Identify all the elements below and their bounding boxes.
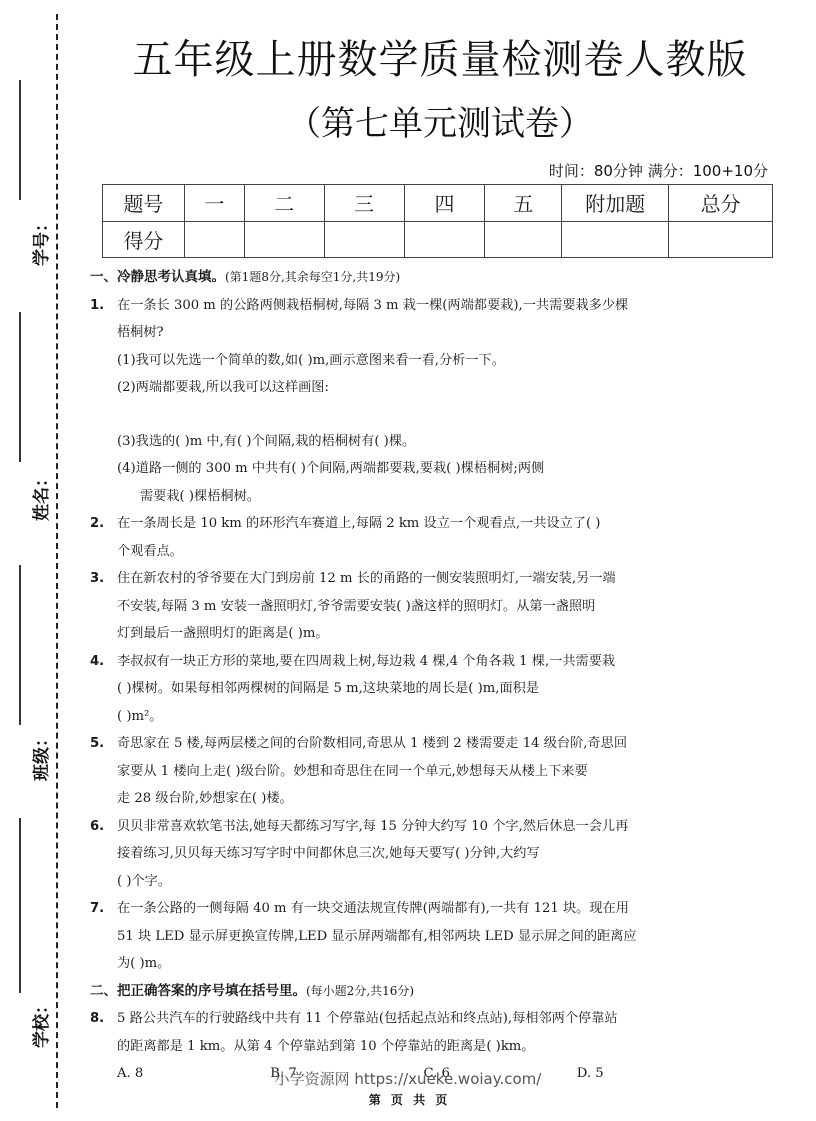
student-id-line[interactable]: [19, 80, 21, 200]
page-subtitle: （第七单元测试卷）: [100, 96, 780, 145]
header-cell: 题号: [103, 185, 185, 222]
question-number: 6.: [90, 813, 104, 841]
sub-question-2: (2)两端都要栽,所以我可以这样画图:: [90, 374, 730, 402]
question-line: ( )m²。: [117, 703, 730, 731]
sub-question-1: (1)我可以先选一个简单的数,如( )m,画示意图来看一看,分析一下。: [90, 347, 730, 375]
question-6: 6. 贝贝非常喜欢软笔书法,她每天都练习写字,每 15 分钟大约写 10 个字,…: [90, 813, 730, 896]
question-1: 1. 在一条长 300 m 的公路两侧栽梧桐树,每隔 3 m 栽一棵(两端都要栽…: [90, 292, 730, 347]
question-line: 家要从 1 楼向上走( )级台阶。妙想和奇思住在同一个单元,妙想每天从楼上下来要: [117, 758, 730, 786]
class-label: 班级：: [27, 730, 52, 781]
question-line: 5 路公共汽车的行驶路线中共有 11 个停靠站(包括起点站和终点站),每相邻两个…: [117, 1005, 730, 1033]
question-line: 接着练习,贝贝每天练习写字时中间都休息三次,她每天要写( )分钟,大约写: [117, 840, 730, 868]
header-cell: 五: [485, 185, 562, 222]
question-line: 奇思家在 5 楼,每两层楼之间的台阶数相同,奇思从 1 楼到 2 楼需要走 14…: [117, 730, 730, 758]
question-number: 4.: [90, 648, 104, 676]
question-number: 1.: [90, 292, 104, 320]
name-label: 姓名：: [27, 470, 52, 521]
question-line: 住在新农村的爷爷要在大门到房前 12 m 长的甬路的一侧安装照明灯,一端安装,另…: [117, 565, 730, 593]
question-7: 7. 在一条公路的一侧每隔 40 m 有一块交通法规宣传牌(两端都有),一共有 …: [90, 895, 730, 978]
question-line: ( )棵树。如果每相邻两棵树的间隔是 5 m,这块菜地的周长是( )m,面积是: [117, 675, 730, 703]
score-table-score-row: 得分: [103, 221, 773, 258]
score-cell[interactable]: [562, 221, 669, 258]
score-cell[interactable]: [324, 221, 404, 258]
page-title: 五年级上册数学质量检测卷人教版: [100, 28, 780, 85]
school-label: 学校：: [27, 997, 52, 1048]
footer-source-link[interactable]: 小学资源网 https://xueke.woiay.com/: [0, 1068, 816, 1089]
question-line: 个观看点。: [117, 538, 730, 566]
section-2-note: (每小题2分,共16分): [306, 984, 414, 998]
score-table: 题号 一 二 三 四 五 附加题 总分 得分: [102, 184, 773, 258]
question-number: 2.: [90, 510, 104, 538]
score-table-header-row: 题号 一 二 三 四 五 附加题 总分: [103, 185, 773, 222]
question-line: ( )个字。: [117, 868, 730, 896]
question-line: 在一条公路的一侧每隔 40 m 有一块交通法规宣传牌(两端都有),一共有 121…: [117, 895, 730, 923]
sub-question-4-cont: 需要栽( )棵梧桐树。: [90, 483, 730, 511]
header-cell: 三: [324, 185, 404, 222]
sub-question-4: (4)道路一侧的 300 m 中共有( )个间隔,两端都要栽,要栽( )棵梧桐树…: [90, 455, 730, 483]
question-3: 3. 住在新农村的爷爷要在大门到房前 12 m 长的甬路的一侧安装照明灯,一端安…: [90, 565, 730, 648]
question-line: 在一条周长是 10 km 的环形汽车赛道上,每隔 2 km 设立一个观看点,一共…: [117, 510, 730, 538]
question-line: 为( )m。: [117, 950, 730, 978]
exam-meta: 时间：80分钟 满分：100+10分: [549, 160, 768, 181]
question-line: 51 块 LED 显示屏更换宣传牌,LED 显示屏两端都有,相邻两块 LED 显…: [117, 923, 730, 951]
question-line: 贝贝非常喜欢软笔书法,她每天都练习写字,每 15 分钟大约写 10 个字,然后休…: [117, 813, 730, 841]
question-5: 5. 奇思家在 5 楼,每两层楼之间的台阶数相同,奇思从 1 楼到 2 楼需要走…: [90, 730, 730, 813]
question-number: 3.: [90, 565, 104, 593]
question-line: 李叔叔有一块正方形的菜地,要在四周栽上树,每边栽 4 棵,4 个角各栽 1 棵,…: [117, 648, 730, 676]
header-cell: 总分: [669, 185, 773, 222]
class-line[interactable]: [19, 565, 21, 725]
question-8: 8. 5 路公共汽车的行驶路线中共有 11 个停靠站(包括起点站和终点站),每相…: [90, 1005, 730, 1060]
sub-question-3: (3)我选的( )m 中,有( )个间隔,栽的梧桐树有( )棵。: [90, 428, 730, 456]
score-cell[interactable]: [404, 221, 485, 258]
question-4: 4. 李叔叔有一块正方形的菜地,要在四周栽上树,每边栽 4 棵,4 个角各栽 1…: [90, 648, 730, 731]
cut-line: [56, 14, 58, 1108]
score-cell[interactable]: [244, 221, 324, 258]
score-cell[interactable]: [669, 221, 773, 258]
question-line: 灯到最后一盏照明灯的距离是( )m。: [117, 620, 730, 648]
section-1-heading: 一、冷静思考认真填。(第1题8分,其余每空1分,共19分): [90, 264, 730, 292]
question-number: 8.: [90, 1005, 104, 1033]
question-2: 2. 在一条周长是 10 km 的环形汽车赛道上,每隔 2 km 设立一个观看点…: [90, 510, 730, 565]
row-label: 得分: [103, 221, 185, 258]
header-cell: 一: [184, 185, 244, 222]
header-cell: 附加题: [562, 185, 669, 222]
school-line[interactable]: [19, 818, 21, 993]
header-cell: 四: [404, 185, 485, 222]
student-id-label: 学号：: [27, 215, 52, 266]
question-number: 7.: [90, 895, 104, 923]
question-line: 的距离都是 1 km。从第 4 个停靠站到第 10 个停靠站的距离是( )km。: [117, 1033, 730, 1061]
question-line: 走 28 级台阶,妙想家在( )楼。: [117, 785, 730, 813]
question-number: 5.: [90, 730, 104, 758]
footer-page-number: 第 页 共 页: [0, 1091, 816, 1108]
question-line: 在一条长 300 m 的公路两侧栽梧桐树,每隔 3 m 栽一棵(两端都要栽),一…: [117, 292, 730, 320]
question-line: 不安装,每隔 3 m 安装一盏照明灯,爷爷需要安装( )盏这样的照明灯。从第一盏…: [117, 593, 730, 621]
question-line: 梧桐树?: [117, 319, 730, 347]
header-cell: 二: [244, 185, 324, 222]
score-cell[interactable]: [485, 221, 562, 258]
section-1-note: (第1题8分,其余每空1分,共19分): [225, 270, 400, 284]
score-cell[interactable]: [184, 221, 244, 258]
drawing-area[interactable]: [90, 402, 730, 428]
name-line[interactable]: [19, 312, 21, 462]
section-2-heading: 二、把正确答案的序号填在括号里。(每小题2分,共16分): [90, 978, 730, 1006]
question-content: 一、冷静思考认真填。(第1题8分,其余每空1分,共19分) 1. 在一条长 30…: [90, 264, 730, 1088]
